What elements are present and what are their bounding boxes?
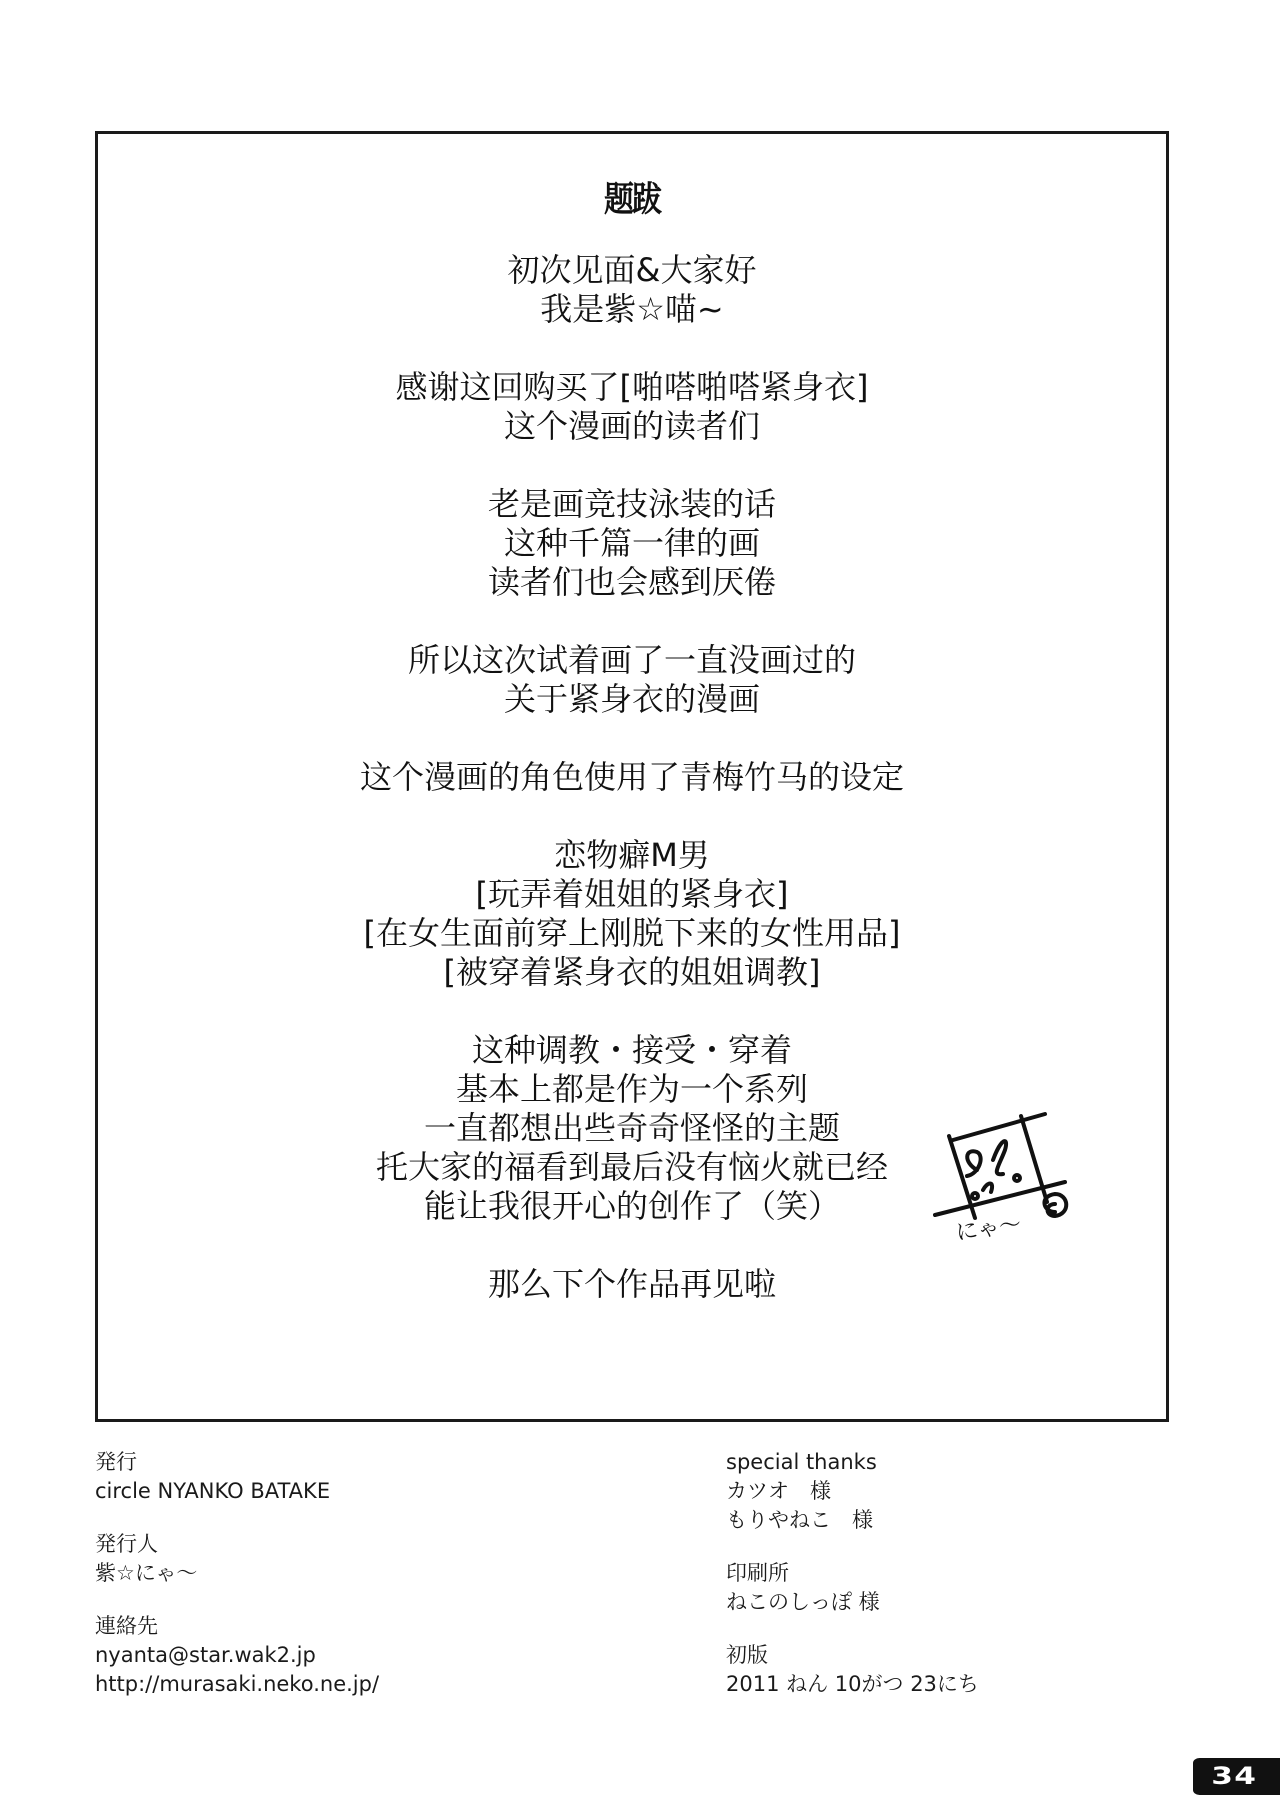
paragraph-themes: 恋物癖M男 [玩弄着姐姐的紧身衣] [在女生面前穿上刚脱下来的女性用品] [被穿… [98, 836, 1166, 992]
signature-doodle: にゃ〜 [905, 1100, 1125, 1250]
colophon-publisher-person: 発行人 紫☆にゃ〜 [95, 1530, 379, 1588]
colophon-publisher: 発行 circle NYANKO BATAKE [95, 1448, 379, 1506]
colophon-right: special thanks カツオ 様 もりやねこ 様 印刷所 ねこのしっぽ … [726, 1448, 979, 1723]
paragraph-setting: 这个漫画的角色使用了青梅竹马的设定 [98, 758, 1166, 797]
paragraph-this-time: 所以这次试着画了一直没画过的 关于紧身衣的漫画 [98, 641, 1166, 719]
text-line: 所以这次试着画了一直没画过的 [98, 641, 1166, 680]
paragraph-swimsuit: 老是画竞技泳装的话 这种千篇一律的画 读者们也会感到厌倦 [98, 485, 1166, 602]
colophon-value: circle NYANKO BATAKE [95, 1477, 379, 1506]
text-line: 老是画竞技泳装的话 [98, 485, 1166, 524]
text-line: 我是紫☆喵~ [98, 290, 1166, 329]
colophon-special-thanks: special thanks カツオ 様 もりやねこ 様 [726, 1448, 979, 1535]
colophon-value: 紫☆にゃ〜 [95, 1559, 379, 1588]
paragraph-farewell: 那么下个作品再见啦 [98, 1265, 1166, 1304]
text-line: 关于紧身衣的漫画 [98, 680, 1166, 719]
colophon-value: もりやねこ 様 [726, 1506, 979, 1535]
contact-email: nyanta@star.wak2.jp [95, 1641, 379, 1670]
colophon-value: ねこのしっぽ 様 [726, 1588, 979, 1617]
colophon-label: 発行人 [95, 1530, 379, 1559]
text-line: 初次见面&大家好 [98, 251, 1166, 290]
text-line: 读者们也会感到厌倦 [98, 563, 1166, 602]
text-line: [被穿着紧身衣的姐姐调教] [98, 953, 1166, 992]
colophon-label: 印刷所 [726, 1559, 979, 1588]
text-line: 这个漫画的角色使用了青梅竹马的设定 [98, 758, 1166, 797]
contact-url: http://murasaki.neko.ne.jp/ [95, 1670, 379, 1699]
afterword-title: 题跋 [98, 171, 1166, 222]
text-line: [玩弄着姐姐的紧身衣] [98, 875, 1166, 914]
paragraph-thanks: 感谢这回购买了[啪嗒啪嗒紧身衣] 这个漫画的读者们 [98, 368, 1166, 446]
colophon-left: 発行 circle NYANKO BATAKE 発行人 紫☆にゃ〜 連絡先 ny… [95, 1448, 379, 1723]
colophon-label: 連絡先 [95, 1612, 379, 1641]
colophon-printer: 印刷所 ねこのしっぽ 様 [726, 1559, 979, 1617]
colophon-value: カツオ 様 [726, 1477, 979, 1506]
text-line: 恋物癖M男 [98, 836, 1166, 875]
signature-icon: にゃ〜 [905, 1100, 1125, 1250]
colophon-label: 発行 [95, 1448, 379, 1477]
colophon-value: 2011 ねん 10がつ 23にち [726, 1670, 979, 1699]
colophon-label: special thanks [726, 1448, 979, 1477]
text-line: 这个漫画的读者们 [98, 407, 1166, 446]
text-line: [在女生面前穿上刚脱下来的女性用品] [98, 914, 1166, 953]
text-line: 这种千篇一律的画 [98, 524, 1166, 563]
svg-text:にゃ〜: にゃ〜 [954, 1212, 1022, 1246]
colophon-contact: 連絡先 nyanta@star.wak2.jp http://murasaki.… [95, 1612, 379, 1699]
text-line: 感谢这回购买了[啪嗒啪嗒紧身衣] [98, 368, 1166, 407]
text-line: 那么下个作品再见啦 [98, 1265, 1166, 1304]
paragraph-greeting: 初次见面&大家好 我是紫☆喵~ [98, 251, 1166, 329]
colophon-label: 初版 [726, 1641, 979, 1670]
page-number-badge: 34 [1193, 1758, 1280, 1795]
colophon-first-edition: 初版 2011 ねん 10がつ 23にち [726, 1641, 979, 1699]
text-line: 这种调教・接受・穿着 [98, 1031, 1166, 1070]
